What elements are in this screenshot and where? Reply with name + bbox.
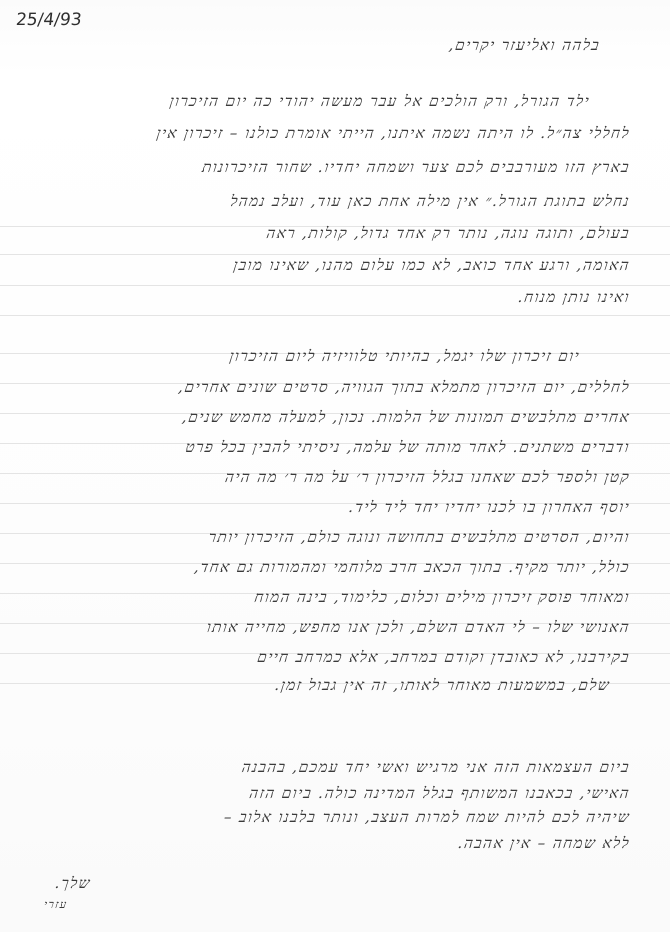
letter-line: האנושי שלו – לי האדם השלם, ולכן אנו מחפש… (19, 618, 632, 637)
letter-line: קטן ולספר לכם שאחנו בגלל הזיכרון ר׳ על מ… (19, 468, 632, 487)
letter-line: שלם, במשמעות מאוחר לאותו, זה אין גבול זמ… (19, 676, 612, 695)
letter-line: ללא שמחה – אין אהבה. (299, 834, 632, 853)
letter-line: נחלש בתוגת הגורל.״ אין מילה אחת כאן עוד,… (19, 192, 632, 211)
letter-line: האישי, בכאבנו המשותף בגלל המדינה כולה. ב… (19, 784, 632, 803)
ruled-line (0, 254, 670, 255)
letter-closing: שלך. (54, 874, 92, 893)
letter-greeting: בלהה ואליעזר יקרים, (448, 36, 602, 55)
letter-date: 25/4/93 (15, 10, 83, 30)
letter-line: יום זיכרון שלו יגמל, בהיותי טלוויזיה ליו… (19, 347, 582, 366)
letter-line: לחללים, יום הזיכרון מתמלא בתוך הגוויה, ס… (19, 378, 632, 397)
letter-signature: עזרי (43, 898, 68, 911)
letter-line: כולל, יותר מקיף. בתוך הכאב חרב מלוחמי ומ… (19, 558, 632, 577)
letter-line: בעולם, ותוגה נוגה, נותר רק אחד גדול, קול… (19, 224, 632, 243)
letter-line: ביום העצמאות הזה אני מרגיש ואשי יחד עמכם… (19, 758, 632, 777)
letter-line: ילד הגורל, ורק הולכים אל עבר מעשה יהודי … (19, 92, 592, 111)
letter-line: ואינו נותן מנוח. (19, 288, 632, 307)
letter-line: והיום, הסרטים מתלבשים בתחושה ונוגה כולם,… (19, 528, 632, 547)
ruled-line (0, 285, 670, 286)
letter-line: בקירבנו, לא כאובדן וקודם במרחב, אלא כמרח… (19, 648, 632, 667)
letter-line: שיהיה לכם להיות שמח למרות העצב, ונותר בל… (19, 808, 632, 827)
letter-line: אחרים מתלבשים תמונות של הלמות. נכון, למע… (19, 408, 632, 427)
letter-paper: 25/4/93 בלהה ואליעזר יקרים, ילד הגורל, ו… (0, 0, 670, 932)
letter-line: ומאוחר פוסק זיכרון מילים וכלום, כלימוד, … (19, 588, 632, 607)
letter-line: בארץ הזו מעורבבים לכם צער ושמחה יחדיו. ש… (19, 158, 632, 177)
letter-line: לחללי צה״ל. לו היתה נשמה איתנו, הייתי או… (19, 124, 632, 143)
letter-line: יוסף האחרון בו לכנו יחדיו יחד ליד ליד. (19, 498, 632, 517)
ruled-line (0, 315, 670, 316)
letter-line: האומה, ורגע אחד כואב, לא כמו עלום מהנו, … (19, 256, 632, 275)
letter-line: ודברים משתנים. לאחר מותה של עלמה, ניסיתי… (19, 438, 632, 457)
